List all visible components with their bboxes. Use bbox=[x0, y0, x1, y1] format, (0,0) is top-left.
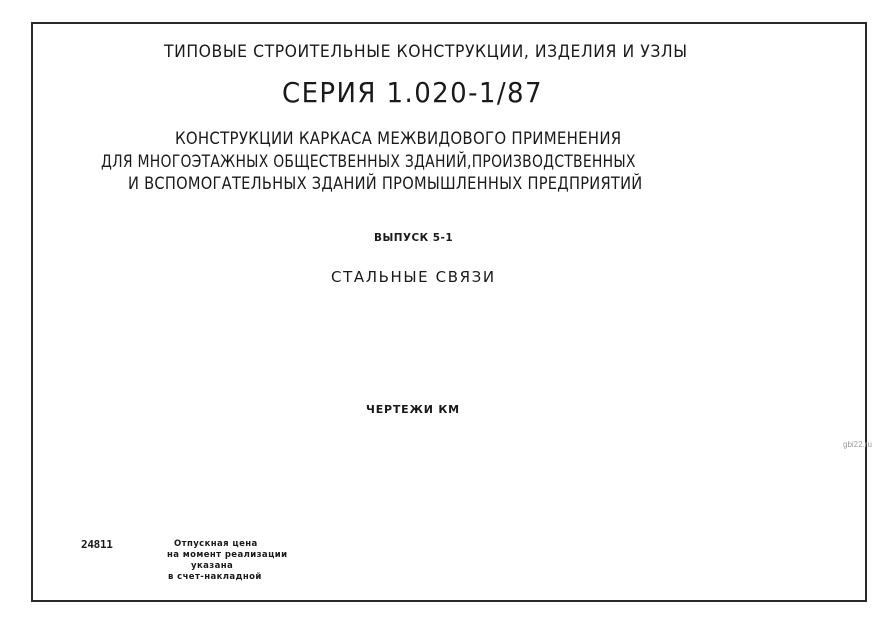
issue-number: Выпуск 5-1 bbox=[374, 231, 453, 244]
price-note-line-3: указана bbox=[167, 561, 287, 572]
price-note-line-2: на момент реализации bbox=[167, 550, 287, 561]
price-note: Отпускная цена на момент реализации указ… bbox=[167, 539, 287, 583]
price-note-line-4: в счет-накладной bbox=[167, 572, 287, 583]
price-note-line-1: Отпускная цена bbox=[167, 539, 287, 550]
series-title: Серия 1.020-1/87 bbox=[282, 76, 543, 109]
inventory-code: 24811 bbox=[81, 538, 113, 551]
drawing-frame-border bbox=[31, 22, 867, 602]
description-line-3: и вспомогательных зданий промышленных пр… bbox=[128, 174, 642, 194]
subject-title: Стальные связи bbox=[331, 268, 496, 286]
document-category-heading: Типовые строительные конструкции, издели… bbox=[164, 42, 688, 62]
drawings-type-label: Чертежи КМ bbox=[366, 403, 460, 416]
description-line-2: для многоэтажных общественных зданий,про… bbox=[101, 152, 636, 172]
watermark: gbi22.ru bbox=[843, 440, 872, 449]
description-line-1: Конструкции каркаса межвидового применен… bbox=[175, 129, 621, 149]
